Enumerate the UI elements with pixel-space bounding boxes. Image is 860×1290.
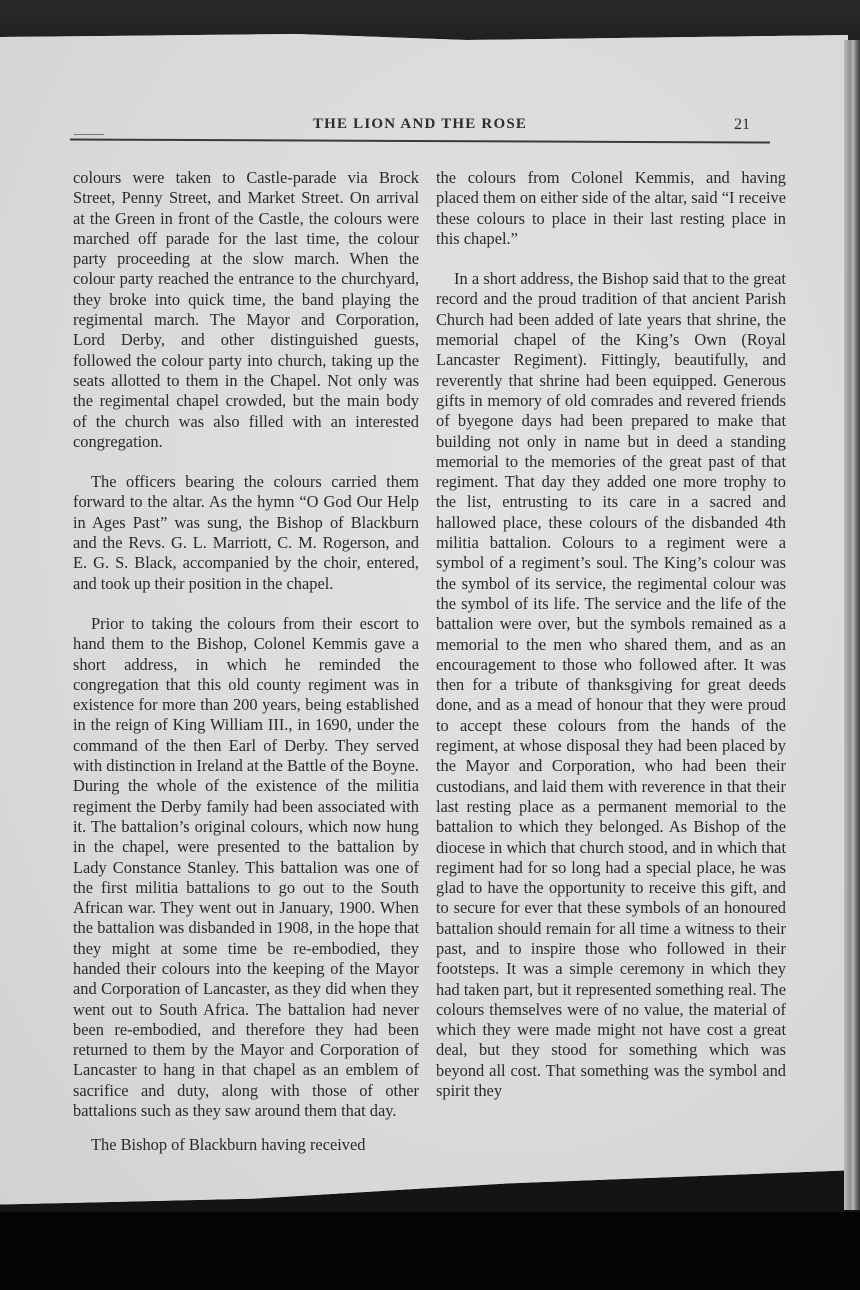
running-title: THE LION AND THE ROSE (70, 116, 770, 133)
paragraph: the colours from Colonel Kemmis, and hav… (436, 168, 786, 249)
book-page-edge (844, 40, 860, 1210)
left-column: colours were taken to Castle-parade via … (73, 168, 419, 1156)
page-number: 21 (734, 116, 750, 134)
paragraph: colours were taken to Castle-parade via … (73, 168, 419, 452)
paragraph: The Bishop of Blackburn having received (73, 1135, 419, 1155)
header-rule-mark (74, 134, 104, 135)
paragraph: The officers bearing the colours carried… (73, 472, 419, 594)
dark-background-bottom (0, 1212, 860, 1290)
paragraph: In a short address, the Bishop said that… (436, 269, 786, 1101)
paragraph: Prior to taking the colours from their e… (73, 614, 419, 1121)
running-header: THE LION AND THE ROSE 21 (70, 116, 770, 138)
right-column: the colours from Colonel Kemmis, and hav… (436, 168, 786, 1101)
